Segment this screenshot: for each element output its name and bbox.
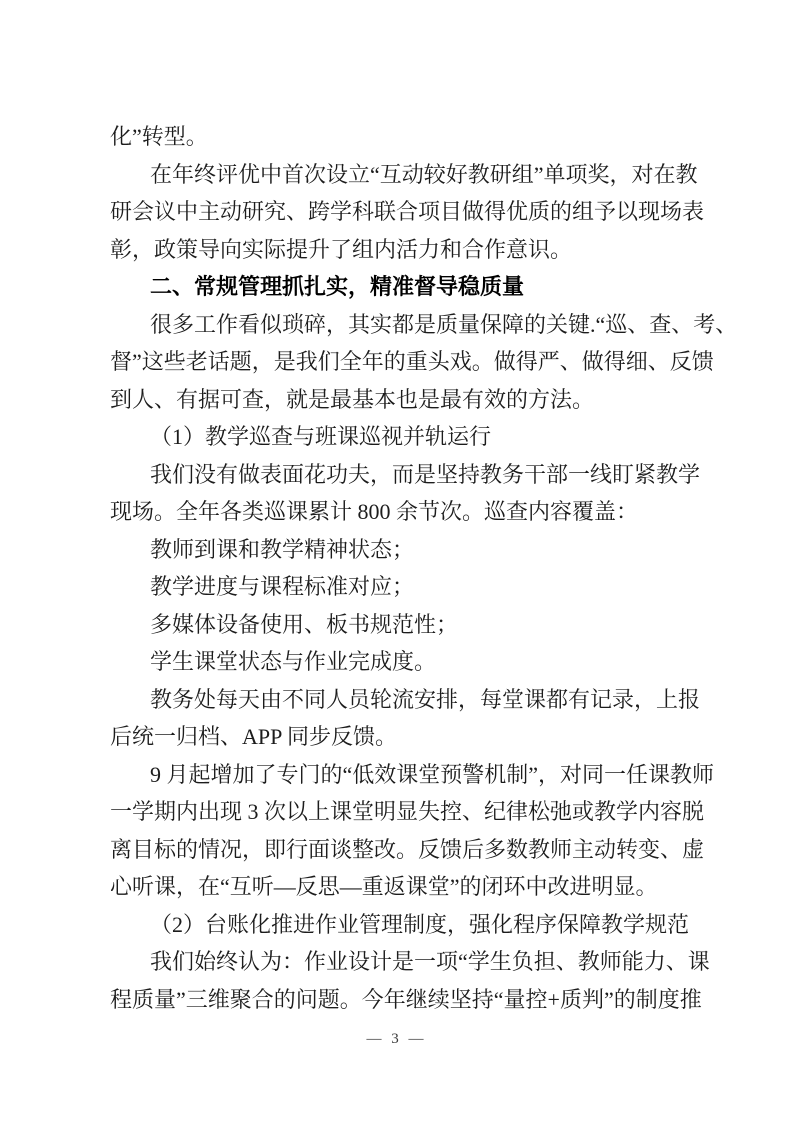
text-line: 我们没有做表面花功夫，而是坚持教务干部一线盯紧教学	[110, 456, 685, 494]
sub-heading-1: （1）教学巡查与班课巡视并轨运行	[110, 418, 685, 456]
text-line: 化”转型。	[110, 118, 685, 156]
text-line: 后统一归档、APP 同步反馈。	[110, 718, 685, 756]
text-line: 我们始终认为：作业设计是一项“学生负担、教师能力、课	[110, 943, 685, 981]
text-line: 教务处每天由不同人员轮流安排，每堂课都有记录，上报	[110, 681, 685, 719]
text-line: 现场。全年各类巡课累计 800 余节次。巡查内容覆盖：	[110, 493, 685, 531]
list-item: 教学进度与课程标准对应；	[110, 568, 685, 606]
text-line: 9 月起增加了专门的“低效课堂预警机制”，对同一任课教师	[110, 756, 685, 794]
list-item: 多媒体设备使用、板书规范性；	[110, 606, 685, 644]
text-line: 离目标的情况，即行面谈整改。反馈后多数教师主动转变、虚	[110, 831, 685, 869]
document-page: 化”转型。 在年终评优中首次设立“互动较好教研组”单项奖，对在教 研会议中主动研…	[0, 0, 793, 1122]
text-line: 到人、有据可查，就是最基本也是最有效的方法。	[110, 381, 685, 419]
text-line: 程质量”三维聚合的问题。今年继续坚持“量控+质判”的制度推	[110, 981, 685, 1019]
text-line: 在年终评优中首次设立“互动较好教研组”单项奖，对在教	[110, 156, 685, 194]
text-line: 心听课，在“互听—反思—重返课堂”的闭环中改进明显。	[110, 868, 685, 906]
sub-heading-2: （2）台账化推进作业管理制度，强化程序保障教学规范	[110, 906, 685, 944]
section-heading: 二、常规管理抓扎实，精准督导稳质量	[110, 268, 685, 306]
list-item: 学生课堂状态与作业完成度。	[110, 643, 685, 681]
list-item: 教师到课和教学精神状态；	[110, 531, 685, 569]
text-line: 一学期内出现 3 次以上课堂明显失控、纪律松弛或教学内容脱	[110, 793, 685, 831]
text-line: 督”这些老话题，是我们全年的重头戏。做得严、做得细、反馈	[110, 343, 685, 381]
text-line: 研会议中主动研究、跨学科联合项目做得优质的组予以现场表	[110, 193, 685, 231]
text-body: 化”转型。 在年终评优中首次设立“互动较好教研组”单项奖，对在教 研会议中主动研…	[110, 118, 685, 1018]
text-line: 很多工作看似琐碎，其实都是质量保障的关键.“巡、查、考、	[110, 306, 685, 344]
page-number: — 3 —	[0, 1031, 793, 1048]
text-line: 彰，政策导向实际提升了组内活力和合作意识。	[110, 231, 685, 269]
